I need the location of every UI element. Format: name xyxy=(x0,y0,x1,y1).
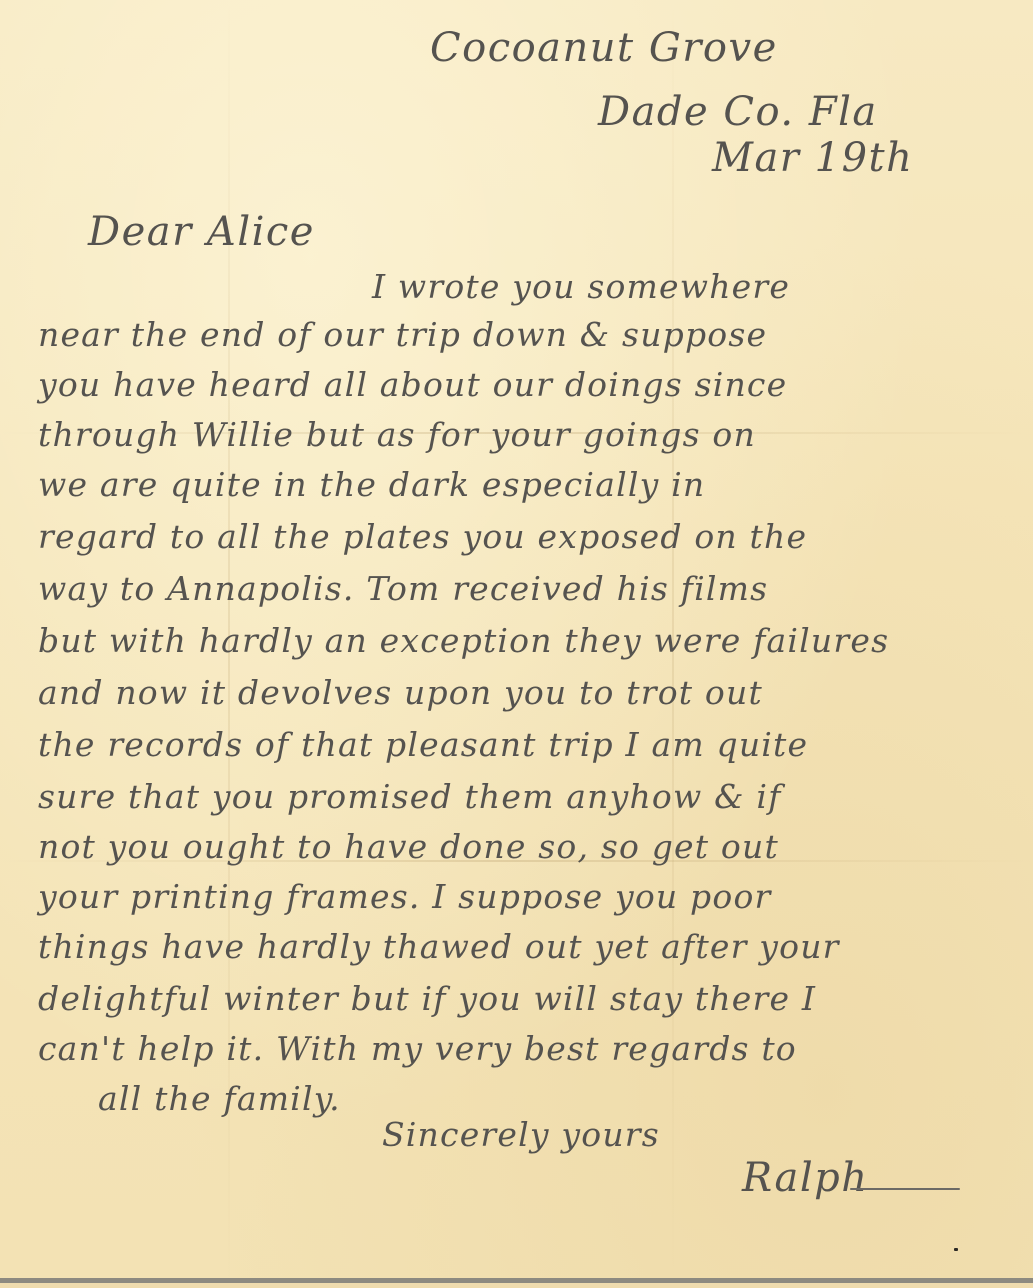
body-line: near the end of our trip down & suppose xyxy=(38,318,767,351)
letter-place: Cocoanut Grove xyxy=(430,28,778,68)
body-line: we are quite in the dark especially in xyxy=(38,468,705,501)
body-line: things have hardly thawed out yet after … xyxy=(38,930,840,963)
signature-flourish xyxy=(850,1188,960,1190)
scan-bottom-edge xyxy=(0,1278,1033,1283)
letter-signature: Ralph xyxy=(742,1158,869,1198)
letter-closing: Sincerely yours xyxy=(382,1118,660,1151)
body-line: your printing frames. I suppose you poor xyxy=(38,880,772,913)
body-line: you have heard all about our doings sinc… xyxy=(38,368,787,401)
letter-page: Cocoanut Grove Dade Co. Fla Mar 19th Dea… xyxy=(0,0,1033,1283)
body-line: regard to all the plates you exposed on … xyxy=(38,520,807,553)
body-line: and now it devolves upon you to trot out xyxy=(38,676,763,709)
body-line: way to Annapolis. Tom received his films xyxy=(38,572,768,605)
body-line: all the family. xyxy=(98,1082,341,1115)
body-line: delightful winter but if you will stay t… xyxy=(38,982,816,1015)
body-line: can't help it. With my very best regards… xyxy=(38,1032,797,1065)
body-line: but with hardly an exception they were f… xyxy=(38,624,889,657)
letter-salutation: Dear Alice xyxy=(88,212,315,252)
body-line: I wrote you somewhere xyxy=(372,270,790,303)
body-line: through Willie but as for your goings on xyxy=(38,418,756,451)
letter-date: Mar 19th xyxy=(712,138,913,178)
letter-county: Dade Co. Fla xyxy=(598,92,878,132)
body-line: not you ought to have done so, so get ou… xyxy=(38,830,779,863)
body-line: sure that you promised them anyhow & if xyxy=(38,780,782,813)
paper-speck xyxy=(954,1248,958,1251)
body-line: the records of that pleasant trip I am q… xyxy=(38,728,808,761)
